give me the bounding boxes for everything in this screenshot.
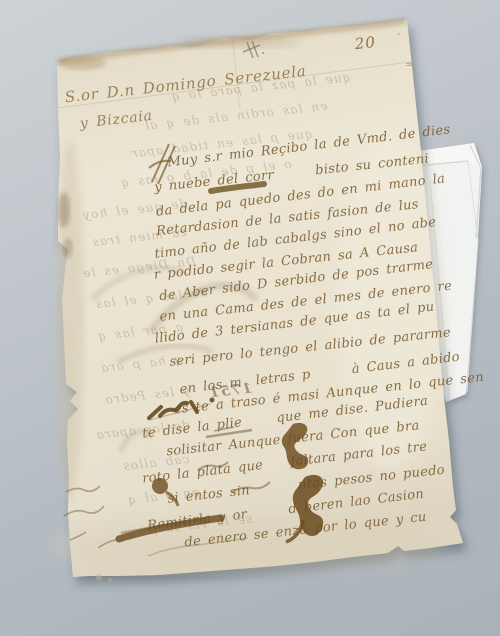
ink-blob-round	[152, 478, 168, 494]
heavy-bleed-mark	[149, 398, 215, 421]
ink-smear	[119, 518, 221, 539]
scribble-strokes	[198, 427, 270, 492]
ink-blob-large	[293, 475, 323, 536]
ink-blob-upper	[282, 423, 308, 469]
ink-blots	[64, 184, 323, 556]
ink-blots-overlay	[0, 0, 500, 636]
photo-backdrop: que la paz la para lo q en las ordin als…	[0, 0, 500, 636]
